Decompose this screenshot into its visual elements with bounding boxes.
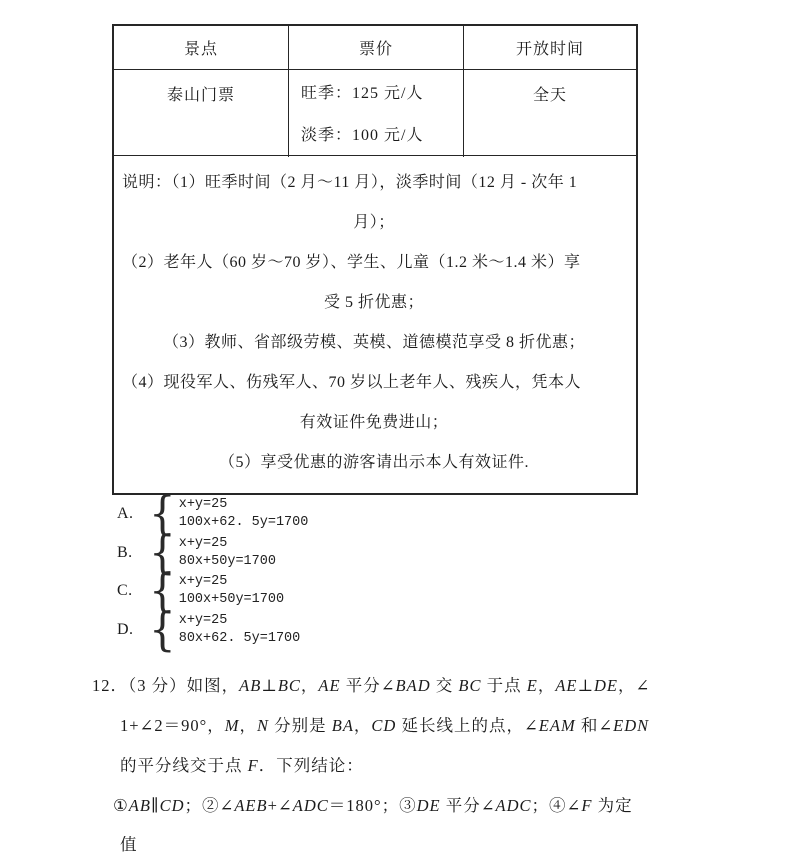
table-header-spot: 景点 bbox=[114, 26, 289, 69]
price-peak-season: 旺季：125 元/人 bbox=[301, 73, 463, 115]
option-c: C. { x+y=25 100x+50y=1700 bbox=[117, 571, 284, 610]
note-line-7: 有效证件免费进山； bbox=[122, 403, 626, 443]
note-line-2: 月）； bbox=[122, 203, 626, 243]
option-c-eq1: x+y=25 bbox=[179, 573, 284, 591]
note-line-8: （5）享受优惠的游客请出示本人有效证件. bbox=[122, 443, 626, 483]
ticket-info-table: 景点 票价 开放时间 泰山门票 旺季：125 元/人 淡季：100 元/人 全天… bbox=[112, 24, 638, 495]
question-12-line-3: 的平分线交于点 F．下列结论： bbox=[120, 752, 364, 776]
question-12-line-4: ①AB∥CD；②∠AEB+∠ADC＝180°；③DE 平分∠ADC；④∠F 为定 bbox=[113, 792, 633, 816]
table-header-row: 景点 票价 开放时间 bbox=[114, 26, 636, 70]
left-brace-icon: { bbox=[149, 609, 176, 650]
option-a: A. { x+y=25 100x+62. 5y=1700 bbox=[117, 494, 308, 533]
price-off-season: 淡季：100 元/人 bbox=[301, 115, 463, 157]
note-line-5: （3）教师、省部级劳模、英模、道德模范享受 8 折优惠； bbox=[122, 323, 626, 363]
option-b-eq2: 80x+50y=1700 bbox=[179, 553, 276, 571]
option-b-eq1: x+y=25 bbox=[179, 535, 276, 553]
option-a-equations: x+y=25 100x+62. 5y=1700 bbox=[179, 496, 309, 531]
table-header-hours: 开放时间 bbox=[464, 26, 636, 69]
option-a-eq1: x+y=25 bbox=[179, 496, 309, 514]
option-c-label: C. bbox=[117, 582, 149, 600]
table-header-price: 票价 bbox=[289, 26, 464, 69]
option-d-equations: x+y=25 80x+62. 5y=1700 bbox=[179, 612, 301, 647]
cell-open-hours: 全天 bbox=[464, 70, 636, 157]
table-data-row: 泰山门票 旺季：125 元/人 淡季：100 元/人 全天 bbox=[114, 70, 636, 156]
table-notes: 说明：（1）旺季时间（2 月～11 月），淡季时间（12 月 - 次年 1 月）… bbox=[114, 156, 636, 493]
option-c-eq2: 100x+50y=1700 bbox=[179, 591, 284, 609]
cell-price: 旺季：125 元/人 淡季：100 元/人 bbox=[289, 70, 464, 157]
note-line-1: 说明：（1）旺季时间（2 月～11 月），淡季时间（12 月 - 次年 1 bbox=[122, 163, 626, 203]
question-12-line-2: 1+∠2＝90°，M，N 分别是 BA，CD 延长线上的点，∠EAM 和∠EDN bbox=[120, 712, 649, 736]
option-b: B. { x+y=25 80x+50y=1700 bbox=[117, 533, 276, 572]
option-b-label: B. bbox=[117, 544, 149, 562]
note-line-6: （4）现役军人、伤残军人、70 岁以上老年人、残疾人，凭本人 bbox=[122, 363, 626, 403]
note-line-4: 受 5 折优惠； bbox=[122, 283, 626, 323]
option-d: D. { x+y=25 80x+62. 5y=1700 bbox=[117, 610, 300, 649]
option-d-eq1: x+y=25 bbox=[179, 612, 301, 630]
cell-spot-name: 泰山门票 bbox=[114, 70, 289, 157]
note-line-3: （2）老年人（60 岁～70 岁）、学生、儿童（1.2 米～1.4 米）享 bbox=[122, 243, 626, 283]
question-12-line-1: 12．（3 分）如图，AB⊥BC，AE 平分∠BAD 交 BC 于点 E，AE⊥… bbox=[92, 672, 650, 696]
option-c-equations: x+y=25 100x+50y=1700 bbox=[179, 573, 284, 608]
option-d-label: D. bbox=[117, 621, 149, 639]
question-12-line-5: 值 bbox=[120, 831, 138, 855]
option-a-eq2: 100x+62. 5y=1700 bbox=[179, 514, 309, 532]
option-a-label: A. bbox=[117, 505, 149, 523]
option-b-equations: x+y=25 80x+50y=1700 bbox=[179, 535, 276, 570]
option-d-eq2: 80x+62. 5y=1700 bbox=[179, 630, 301, 648]
